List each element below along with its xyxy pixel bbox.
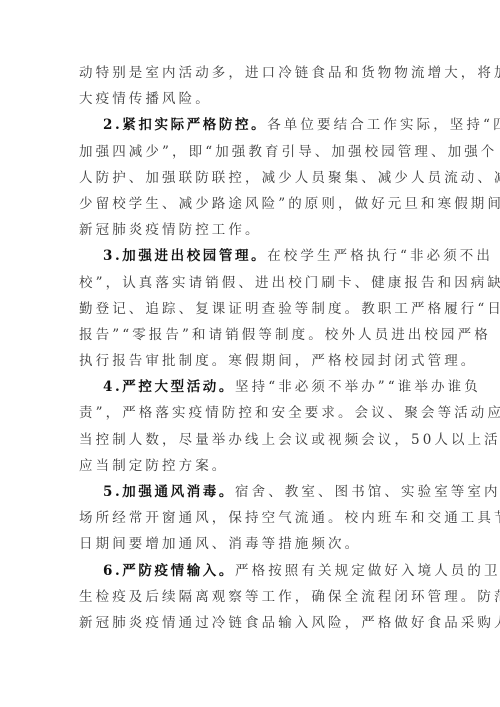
item-body: 严格按照有关规定做好入境人员的卫 — [235, 563, 500, 579]
paragraph-first-line: 2.紧扣实际严格防控。各单位要结合工作实际，坚持“四 — [79, 115, 424, 141]
item-body: 宿舍、教室、图书馆、实验室等室内 — [235, 484, 500, 500]
paragraph-item-5: 5.加强通风消毒。宿舍、教室、图书馆、实验室等室内 场所经常开窗通风，保持空气流… — [79, 482, 424, 561]
paragraph-first-line: 5.加强通风消毒。宿舍、教室、图书馆、实验室等室内 — [79, 482, 424, 508]
text-line: 执行报告审批制度。寒假期间，严格校园封闭式管理。 — [79, 351, 424, 377]
text-line: 责”，严格落实疫情防控和安全要求。会议、聚会等活动应 — [79, 403, 424, 429]
text-line: 当控制人数，尽量举办线上会议或视频会议，50人以上活动 — [79, 430, 424, 456]
item-heading: 加强进出校园管理。 — [122, 248, 267, 264]
item-number: 4. — [103, 379, 122, 395]
text-line: 人防护、加强联防联控，减少人员聚集、减少人员流动、减 — [79, 168, 424, 194]
paragraph-item-6: 6.严防疫情输入。严格按照有关规定做好入境人员的卫 生检疫及后续隔离观察等工作，… — [79, 561, 424, 640]
text-line: 少留校学生、减少路途风险”的原则，做好元旦和寒假期间 — [79, 194, 424, 220]
text-line: 生检疫及后续隔离观察等工作，确保全流程闭环管理。防范 — [79, 587, 424, 613]
text-line: 勤登记、追踪、复课证明查验等制度。教职工严格履行“日 — [79, 299, 424, 325]
paragraph-first-line: 6.严防疫情输入。严格按照有关规定做好入境人员的卫 — [79, 561, 424, 587]
text-line: 场所经常开窗通风，保持空气流通。校内班车和交通工具节 — [79, 508, 424, 534]
text-line: 校”，认真落实请销假、进出校门刷卡、健康报告和因病缺 — [79, 273, 424, 299]
text-line: 日期间要增加通风、消毒等措施频次。 — [79, 534, 424, 560]
paragraph-item-3: 3.加强进出校园管理。在校学生严格执行“非必须不出 校”，认真落实请销假、进出校… — [79, 246, 424, 377]
paragraph-continuation: 动特别是室内活动多，进口冷链食品和货物物流增大，将加 大疫情传播风险。 — [79, 63, 424, 115]
text-line: 新冠肺炎疫情通过冷链食品输入风险，严格做好食品采购人 — [79, 613, 424, 639]
text-line: 大疫情传播风险。 — [79, 89, 424, 115]
text-line: 加强四减少”，即“加强教育引导、加强校园管理、加强个 — [79, 142, 424, 168]
item-number: 5. — [103, 484, 122, 500]
item-heading: 严防疫情输入。 — [122, 563, 235, 579]
text-line: 新冠肺炎疫情防控工作。 — [79, 220, 424, 246]
paragraph-first-line: 3.加强进出校园管理。在校学生严格执行“非必须不出 — [79, 246, 424, 272]
document-page: 动特别是室内活动多，进口冷链食品和货物物流增大，将加 大疫情传播风险。 2.紧扣… — [79, 63, 424, 639]
paragraph-item-2: 2.紧扣实际严格防控。各单位要结合工作实际，坚持“四 加强四减少”，即“加强教育… — [79, 115, 424, 246]
paragraph-first-line: 4.严控大型活动。坚持“非必须不举办”“谁举办谁负 — [79, 377, 424, 403]
item-heading: 严控大型活动。 — [122, 379, 235, 395]
item-number: 3. — [103, 248, 122, 264]
item-heading: 紧扣实际严格防控。 — [122, 117, 267, 133]
item-number: 6. — [103, 563, 122, 579]
item-heading: 加强通风消毒。 — [122, 484, 235, 500]
text-line: 应当制定防控方案。 — [79, 456, 424, 482]
paragraph-item-4: 4.严控大型活动。坚持“非必须不举办”“谁举办谁负 责”，严格落实疫情防控和安全… — [79, 377, 424, 482]
item-body: 坚持“非必须不举办”“谁举办谁负 — [235, 379, 481, 395]
text-line: 动特别是室内活动多，进口冷链食品和货物物流增大，将加 — [79, 63, 424, 89]
text-line: 报告”“零报告”和请销假等制度。校外人员进出校园严格 — [79, 325, 424, 351]
item-body: 在校学生严格执行“非必须不出 — [267, 248, 493, 264]
item-number: 2. — [103, 117, 122, 133]
item-body: 各单位要结合工作实际，坚持“四 — [267, 117, 500, 133]
